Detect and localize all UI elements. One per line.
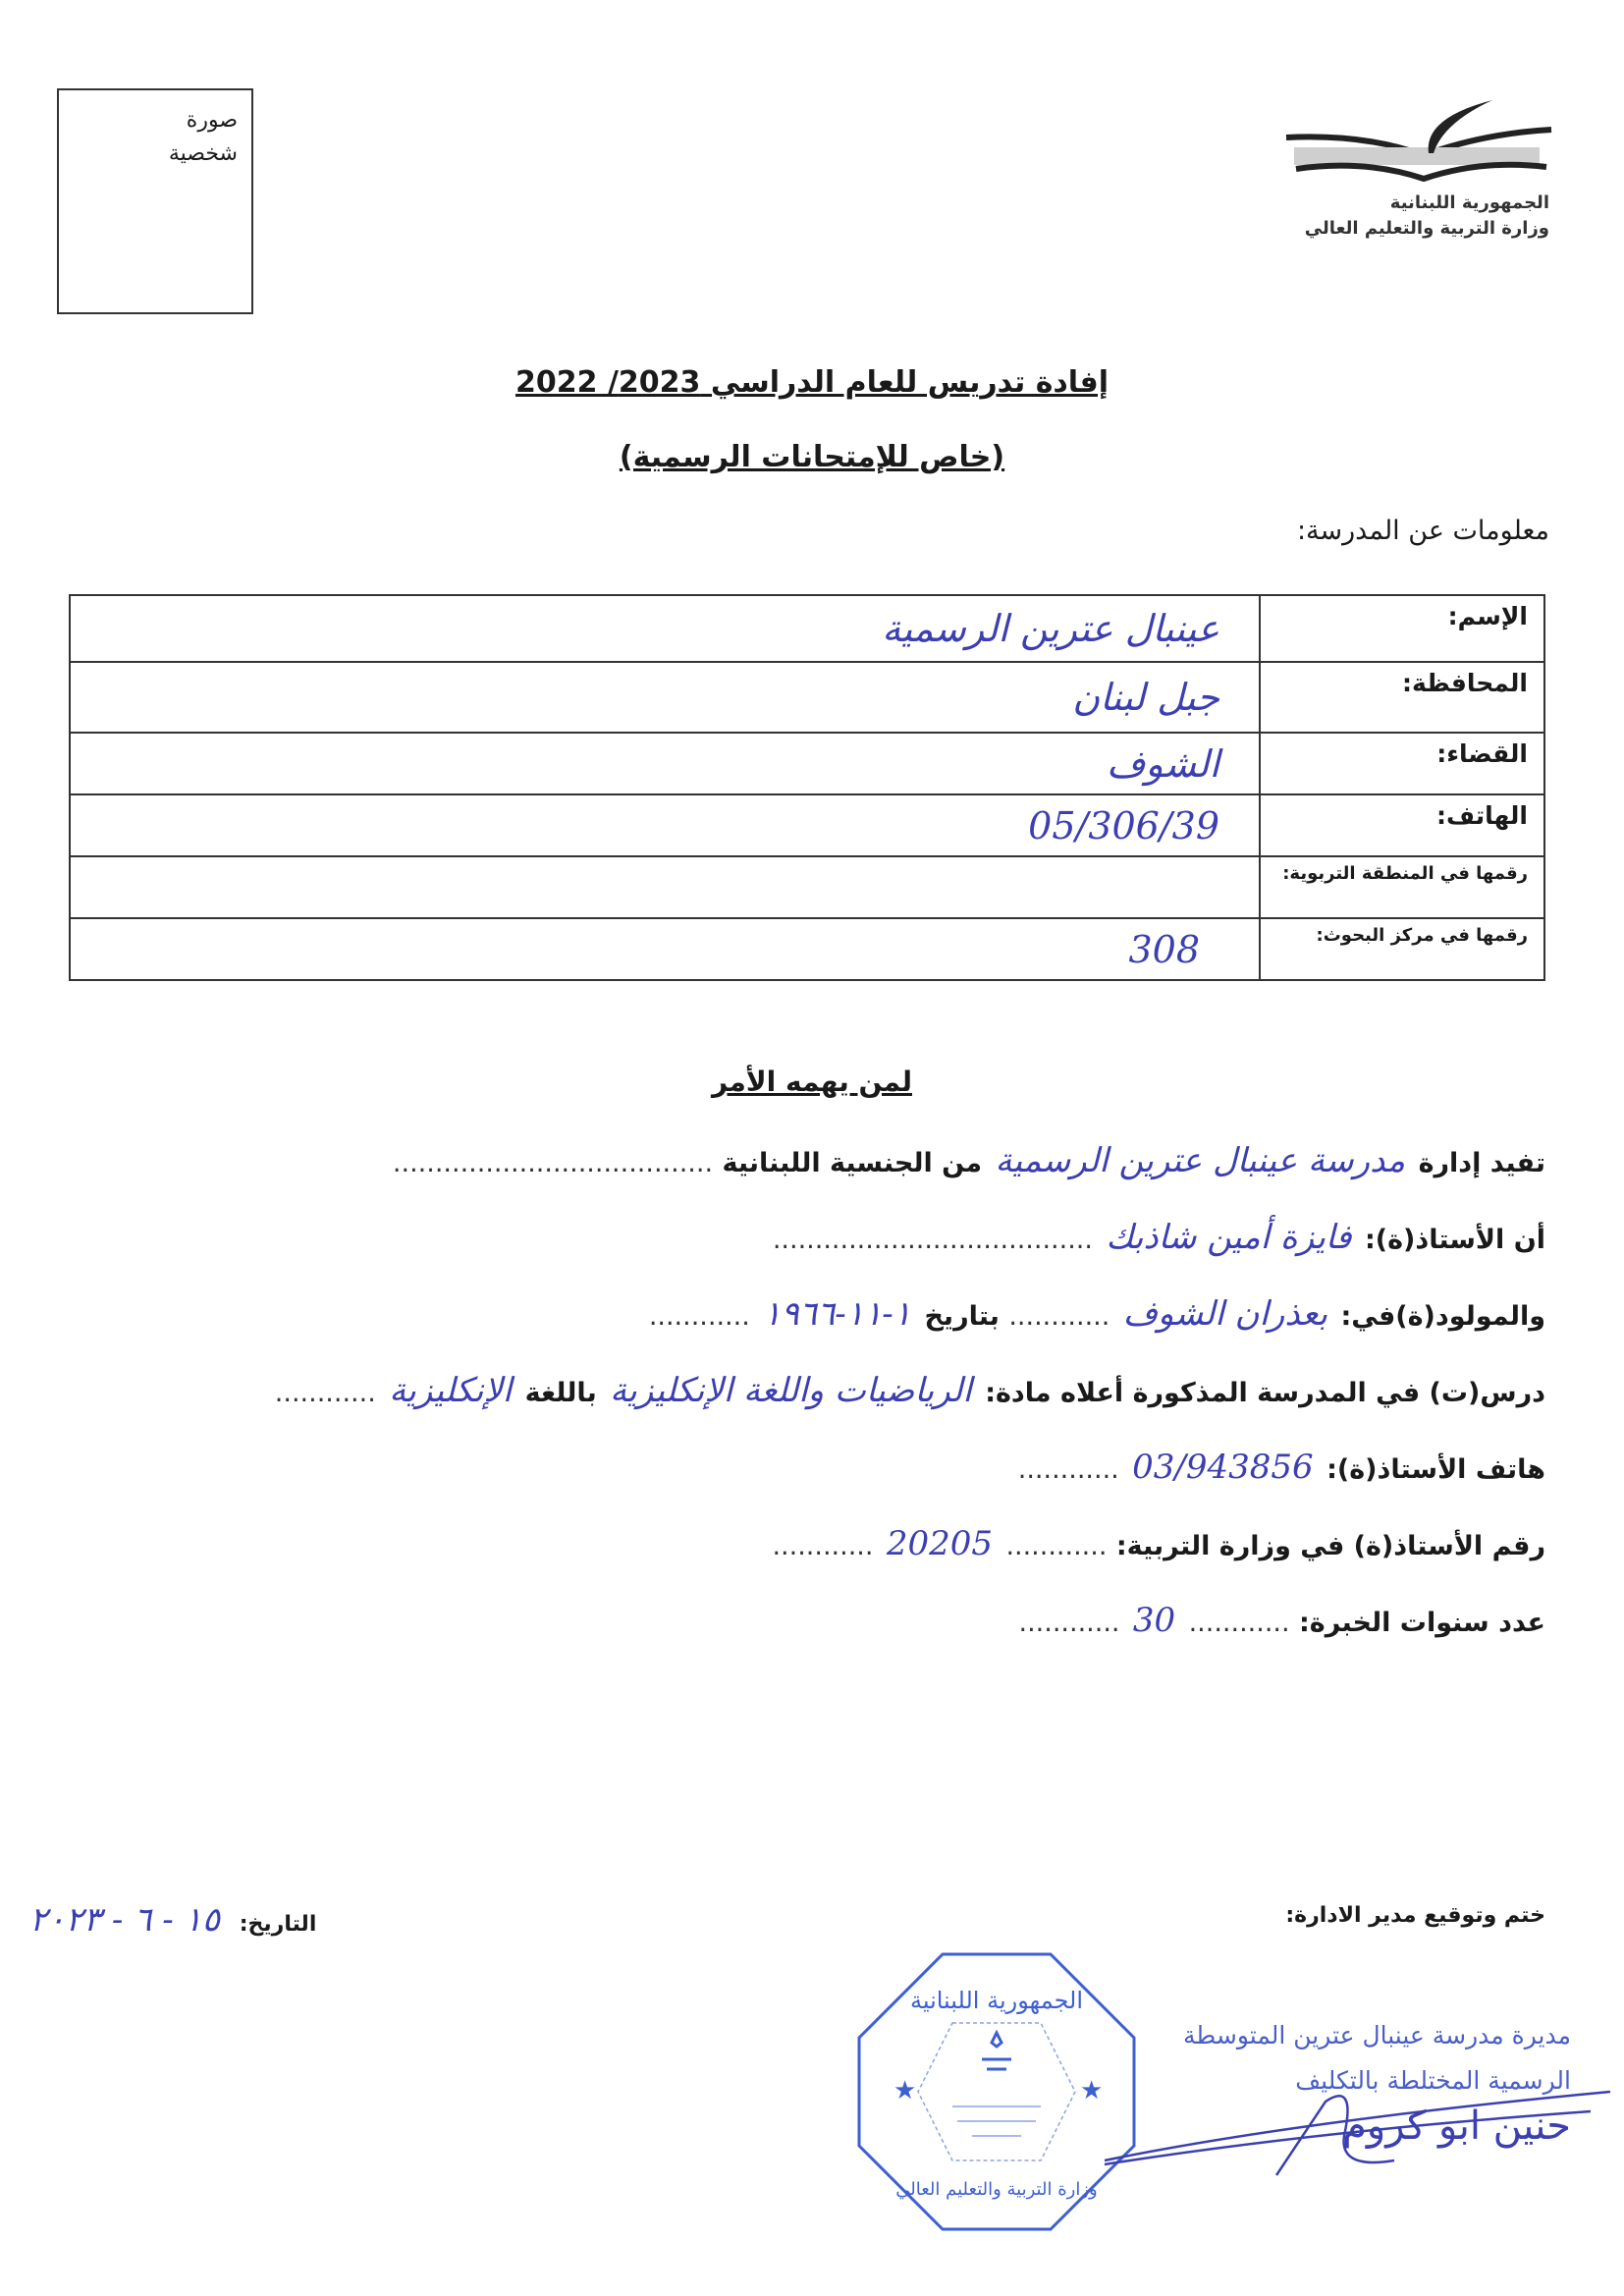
- attestation-line-teacher: أن الأستاذ(ة): فايزة أمين شاذبك ........…: [773, 1218, 1545, 1257]
- birth-date-fill: ١-١١-١٩٦٦: [759, 1294, 915, 1334]
- svg-text:★: ★: [893, 2076, 916, 2105]
- attestation-line-school: تفيد إدارة مدرسة عينبال عترين الرسمية من…: [393, 1141, 1545, 1180]
- ministry-number-fill: 20205: [883, 1524, 997, 1563]
- experience-years-fill: 30: [1129, 1601, 1179, 1640]
- phone-value: 05/306/39: [70, 794, 1260, 856]
- school-info-table: الإسم: عينبال عترين الرسمية المحافظة: جب…: [69, 594, 1545, 981]
- table-row: رقمها في المنطقة التربوية:: [70, 856, 1544, 918]
- signature-scribble-icon: [1100, 2082, 1620, 2190]
- logo-republic-text: الجمهورية اللبنانية: [1255, 192, 1549, 213]
- document-title: إفادة تدريس للعام الدراسي 2023/ 2022: [0, 365, 1624, 400]
- phone-label: الهاتف:: [1260, 794, 1544, 856]
- subject-fill: الرياضيات واللغة الإنكليزية: [606, 1371, 976, 1410]
- school-name-value: عينبال عترين الرسمية: [70, 595, 1260, 662]
- attestation-line-birth: والمولود(ة)في: بعذران الشوف ............…: [649, 1294, 1545, 1334]
- teacher-name-fill: فايزة أمين شاذبك: [1102, 1218, 1355, 1257]
- teacher-phone-fill: 03/943856: [1128, 1448, 1318, 1487]
- svg-text:وزارة التربية والتعليم العالي: وزارة التربية والتعليم العالي: [895, 2179, 1097, 2200]
- district-value: الشوف: [70, 733, 1260, 794]
- birth-place-fill: بعذران الشوف: [1119, 1294, 1331, 1334]
- attestation-line-subject: درس(ت) في المدرسة المذكورة أعلاه مادة: ا…: [275, 1371, 1545, 1410]
- governorate-label: المحافظة:: [1260, 662, 1544, 733]
- school-info-label: معلومات عن المدرسة:: [1297, 516, 1549, 546]
- attestation-line-teacher-phone: هاتف الأستاذ(ة): 03/943856 ............: [1018, 1448, 1545, 1487]
- stamp-signature-label: ختم وتوقيع مدير الادارة:: [1285, 1903, 1545, 1928]
- table-row: الإسم: عينبال عترين الرسمية: [70, 595, 1544, 662]
- attestation-line-experience: عدد سنوات الخبرة: ............ 30 ......…: [1019, 1601, 1545, 1640]
- signature-title-line1: مديرة مدرسة عينبال عترين المتوسطة: [1119, 2013, 1571, 2058]
- personal-photo-box: صورة شخصية: [57, 88, 253, 314]
- governorate-value: جبل لبنان: [70, 662, 1260, 733]
- research-center-number-label: رقمها في مركز البحوث:: [1260, 918, 1544, 980]
- open-book-icon: [1267, 98, 1561, 191]
- table-row: المحافظة: جبل لبنان: [70, 662, 1544, 733]
- education-zone-number-label: رقمها في المنطقة التربوية:: [1260, 856, 1544, 918]
- date-value: ١٥ - ٦ - ٢٠٢٣: [29, 1900, 220, 1940]
- to-whom-heading: لمن يهمه الأمر: [0, 1066, 1624, 1098]
- research-center-number-value: 308: [70, 918, 1260, 980]
- school-name-label: الإسم:: [1260, 595, 1544, 662]
- table-row: القضاء: الشوف: [70, 733, 1544, 794]
- date-row: التاريخ: ١٥ - ٦ - ٢٠٢٣: [29, 1900, 316, 1940]
- document-subtitle: (خاص للإمتحانات الرسمية): [0, 440, 1624, 474]
- attestation-line-ministry-number: رقم الأستاذ(ة) في وزارة التربية: .......…: [772, 1524, 1545, 1563]
- language-fill: الإنكليزية: [385, 1371, 515, 1410]
- svg-text:الجمهورية اللبنانية: الجمهورية اللبنانية: [910, 1987, 1083, 2014]
- school-name-fill: مدرسة عينبال عترين الرسمية: [992, 1141, 1410, 1180]
- table-row: الهاتف: 05/306/39: [70, 794, 1544, 856]
- photo-label-line1: صورة: [169, 104, 238, 137]
- logo-ministry-text: وزارة التربية والتعليم العالي: [1255, 218, 1549, 239]
- education-zone-number-value: [70, 856, 1260, 918]
- photo-label-line2: شخصية: [169, 137, 238, 171]
- district-label: القضاء:: [1260, 733, 1544, 794]
- official-stamp-icon: ★ ★ الجمهورية اللبنانية وزارة التربية وا…: [854, 1949, 1139, 2234]
- ministry-logo: الجمهورية اللبنانية وزارة التربية والتعل…: [1267, 98, 1561, 255]
- date-label: التاريخ:: [240, 1912, 317, 1937]
- table-row: رقمها في مركز البحوث: 308: [70, 918, 1544, 980]
